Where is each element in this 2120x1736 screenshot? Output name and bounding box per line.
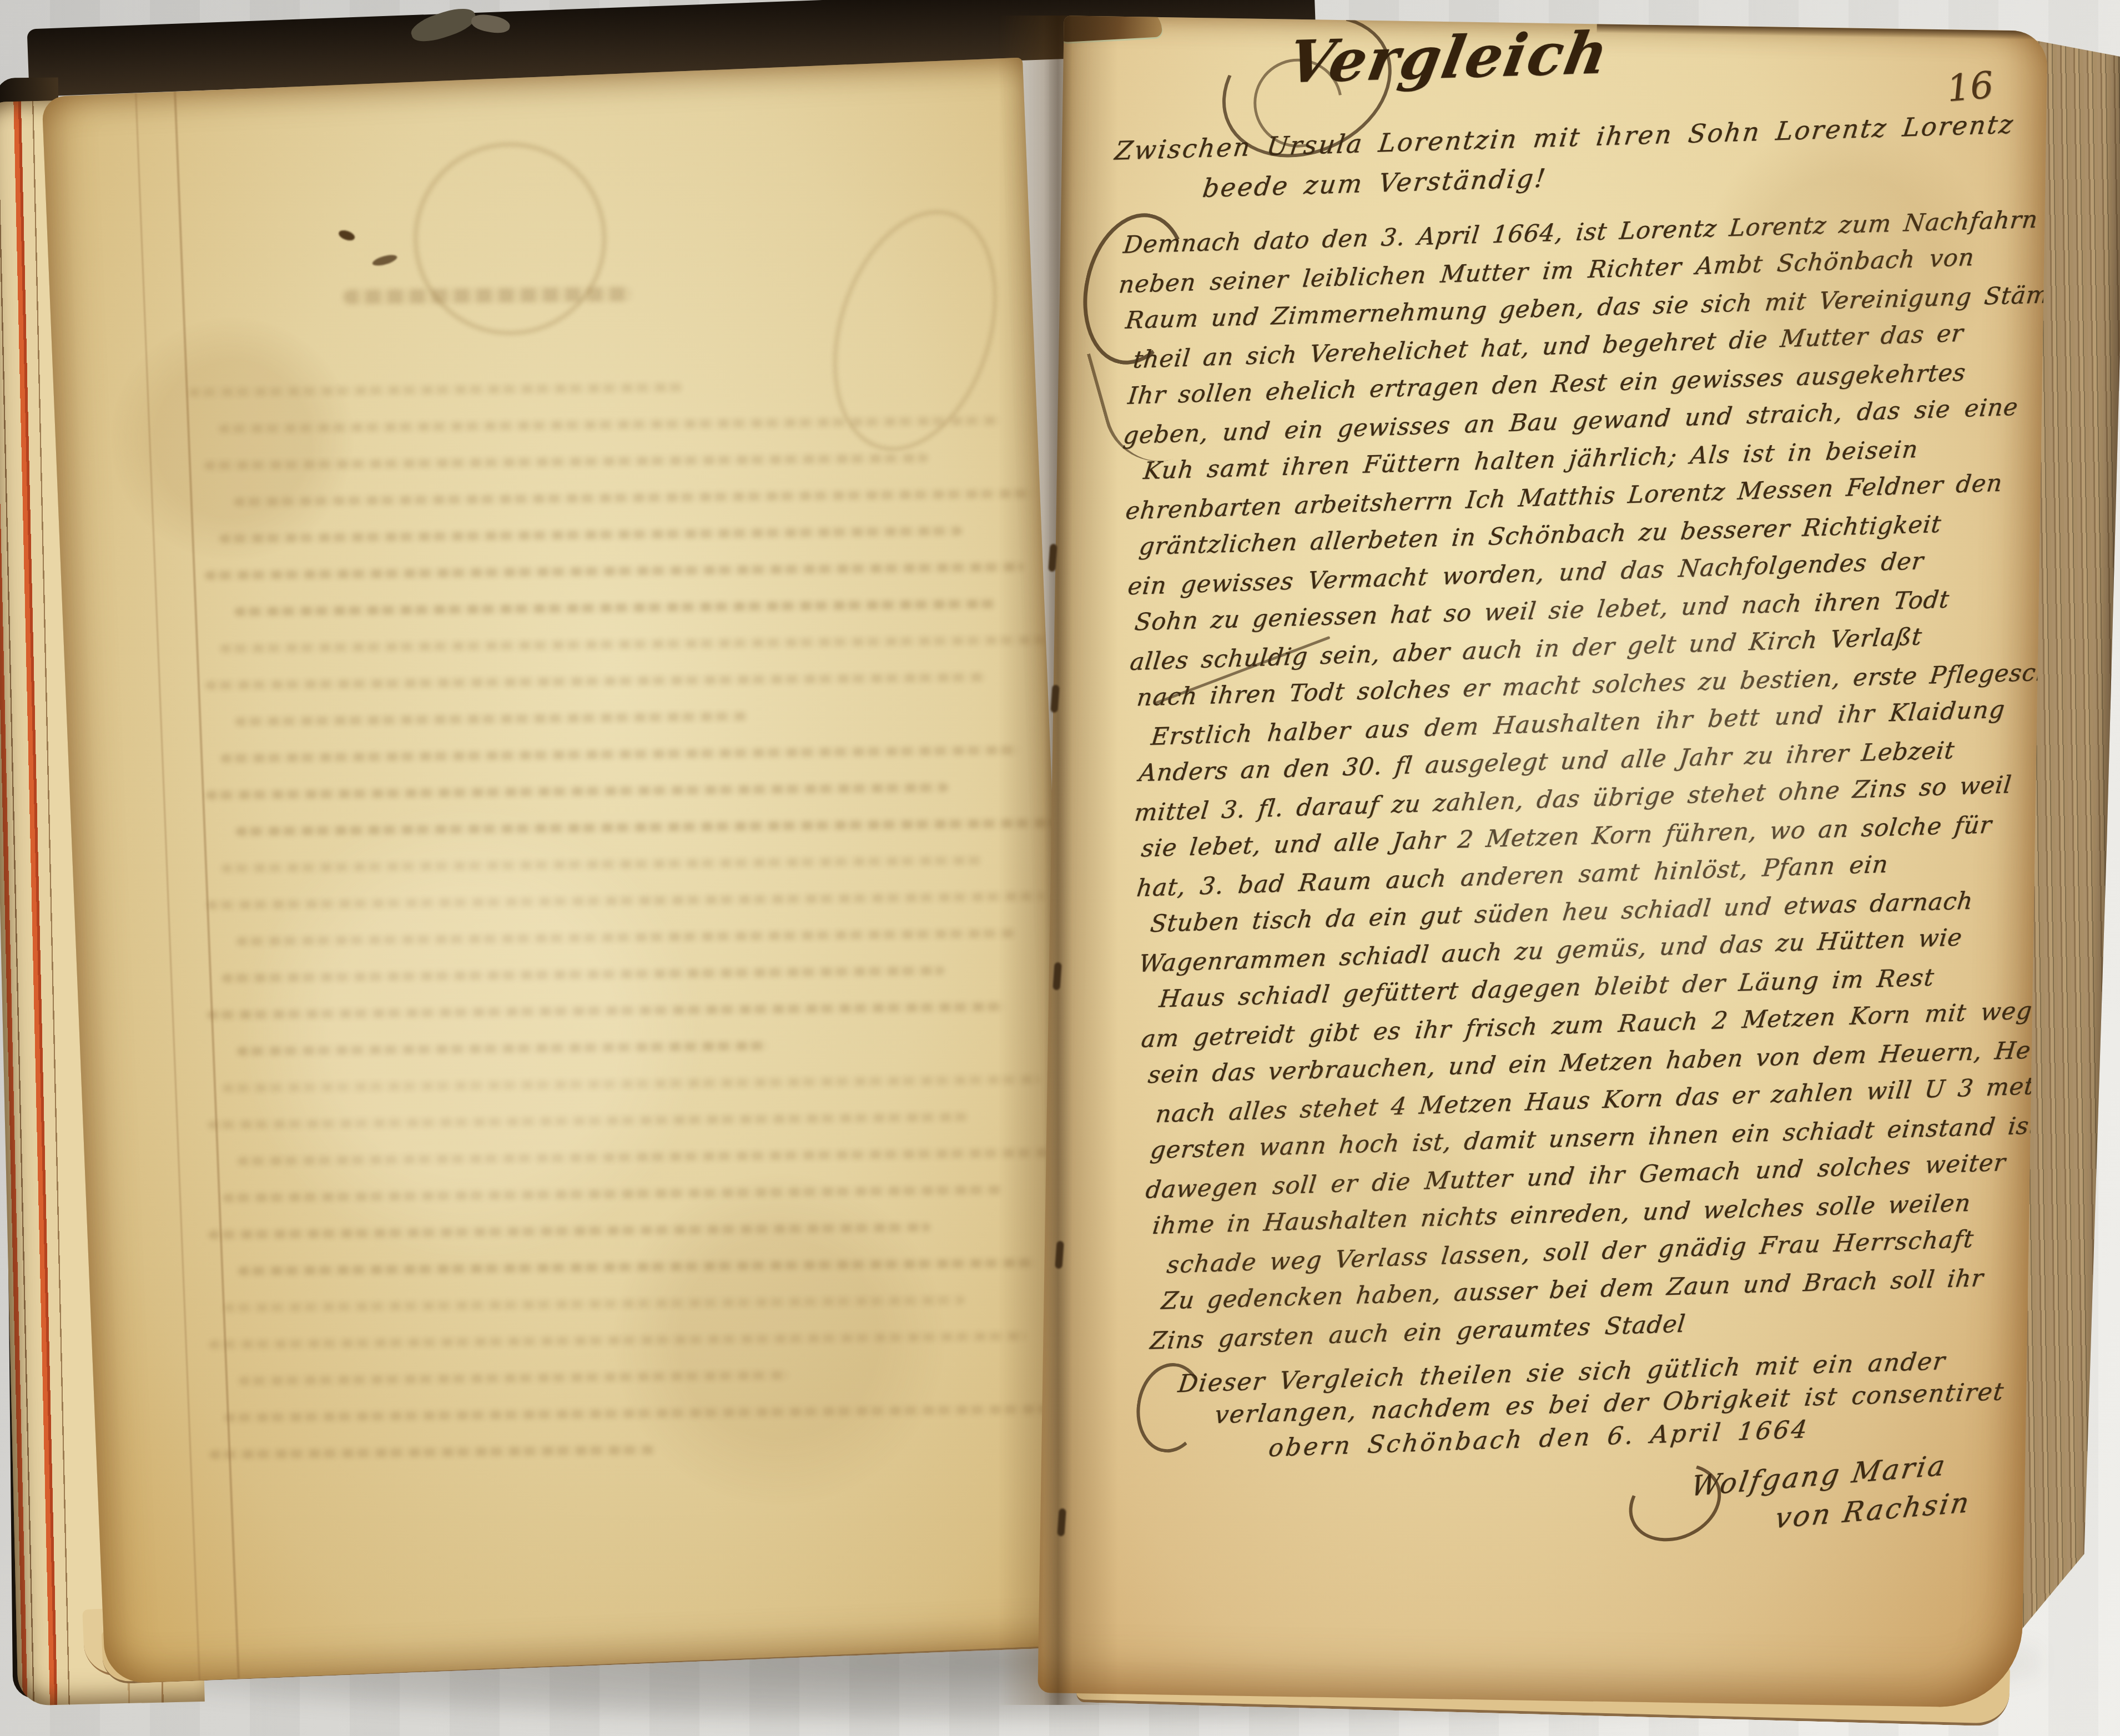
binding-fray [408,3,479,47]
binding-fray [470,12,511,36]
bleedthrough-lines [175,169,1021,1460]
ink-blot [338,229,356,243]
document-title: Vergleich [1283,18,1615,97]
signature-block: Wolfgang Maria von Rachsin [1690,1437,2047,1545]
body-text: Demnach dato den 3. April 1664, ist Lore… [1117,200,2048,1359]
bleedthrough-title [344,287,632,304]
right-page: 16 Vergleich Zwischen Ursula Lorentzin m… [1038,16,2047,1708]
page-crease [135,93,200,1681]
ink-blot [371,253,398,268]
manuscript-text-block: Vergleich Zwischen Ursula Lorentzin mit … [1111,16,2047,1551]
bleedthrough-flourish [412,140,608,337]
left-page [42,58,1086,1684]
page-crease [174,92,240,1679]
manuscript-photo: 16 Vergleich Zwischen Ursula Lorentzin m… [0,0,2120,1736]
bleedthrough-flourish [804,189,1026,472]
bleedthrough-text [175,169,1023,1632]
